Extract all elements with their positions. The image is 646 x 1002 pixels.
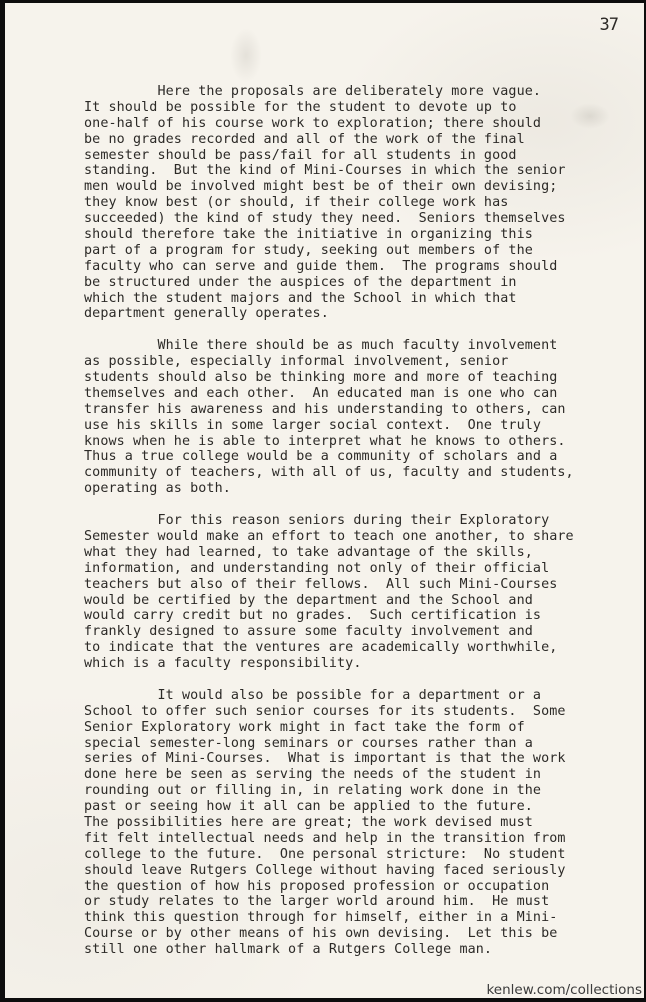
text-line: or study relates to the larger world aro… [84,894,624,910]
text-line: be no grades recorded and all of the wor… [84,132,624,148]
paragraph: While there should be as much faculty in… [84,338,624,497]
page-number: 37 [600,15,618,35]
text-line: information, and understanding not only … [84,561,624,577]
text-line: department generally operates. [84,306,624,322]
text-line: should therefore take the initiative in … [84,227,624,243]
text-line: standing. But the kind of Mini-Courses i… [84,163,624,179]
text-line: part of a program for study, seeking out… [84,243,624,259]
text-line: rounding out or filling in, in relating … [84,783,624,799]
text-line: done here be seen as serving the needs o… [84,767,624,783]
text-line: men would be involved might best be of t… [84,179,624,195]
text-line: Senior Exploratory work might in fact ta… [84,720,624,736]
watermark-text: kenlew.com/collections [486,983,642,998]
text-line: Semester would make an effort to teach o… [84,529,624,545]
document-body: Here the proposals are deliberately more… [84,84,624,958]
text-line: operating as both. [84,481,624,497]
text-line: frankly designed to assure some faculty … [84,624,624,640]
scan-smudge [230,28,262,83]
text-line: think this question through for himself,… [84,910,624,926]
text-line: knows when he is able to interpret what … [84,434,624,450]
text-line: It should be possible for the student to… [84,100,624,116]
text-line: For this reason seniors during their Exp… [84,513,624,529]
text-line: special semester-long seminars or course… [84,736,624,752]
text-line: succeeded) the kind of study they need. … [84,211,624,227]
text-line: The possibilities here are great; the wo… [84,815,624,831]
text-line: as possible, especially informal involve… [84,354,624,370]
text-line: Here the proposals are deliberately more… [84,84,624,100]
paragraph: For this reason seniors during their Exp… [84,513,624,672]
text-line: Course or by other means of his own devi… [84,926,624,942]
text-line: to indicate that the ventures are academ… [84,640,624,656]
text-line: semester should be pass/fail for all stu… [84,148,624,164]
text-line: fit felt intellectual needs and help in … [84,831,624,847]
text-line: use his skills in some larger social con… [84,418,624,434]
text-line: still one other hallmark of a Rutgers Co… [84,942,624,958]
text-line: teachers but also of their fellows. All … [84,577,624,593]
text-line: would carry credit but no grades. Such c… [84,608,624,624]
text-line: what they had learned, to take advantage… [84,545,624,561]
text-line: students should also be thinking more an… [84,370,624,386]
text-line: which is a faculty responsibility. [84,656,624,672]
text-line: series of Mini-Courses. What is importan… [84,751,624,767]
text-line: be structured under the auspices of the … [84,275,624,291]
text-line: School to offer such senior courses for … [84,704,624,720]
text-line: transfer his awareness and his understan… [84,402,624,418]
text-line: one-half of his course work to explorati… [84,116,624,132]
text-line: It would also be possible for a departme… [84,688,624,704]
text-line: should leave Rutgers College without hav… [84,863,624,879]
text-line: While there should be as much faculty in… [84,338,624,354]
paragraph: It would also be possible for a departme… [84,688,624,958]
text-line: college to the future. One personal stri… [84,847,624,863]
text-line: faculty who can serve and guide them. Th… [84,259,624,275]
text-line: past or seeing how it all can be applied… [84,799,624,815]
scanned-page: 37 Here the proposals are deliberately m… [0,0,646,1002]
text-line: community of teachers, with all of us, f… [84,465,624,481]
text-line: which the student majors and the School … [84,291,624,307]
paragraph: Here the proposals are deliberately more… [84,84,624,322]
text-line: Thus a true college would be a community… [84,449,624,465]
text-line: they know best (or should, if their coll… [84,195,624,211]
text-line: would be certified by the department and… [84,593,624,609]
paper-background: 37 Here the proposals are deliberately m… [5,3,644,998]
text-line: the question of how his proposed profess… [84,879,624,895]
text-line: themselves and each other. An educated m… [84,386,624,402]
